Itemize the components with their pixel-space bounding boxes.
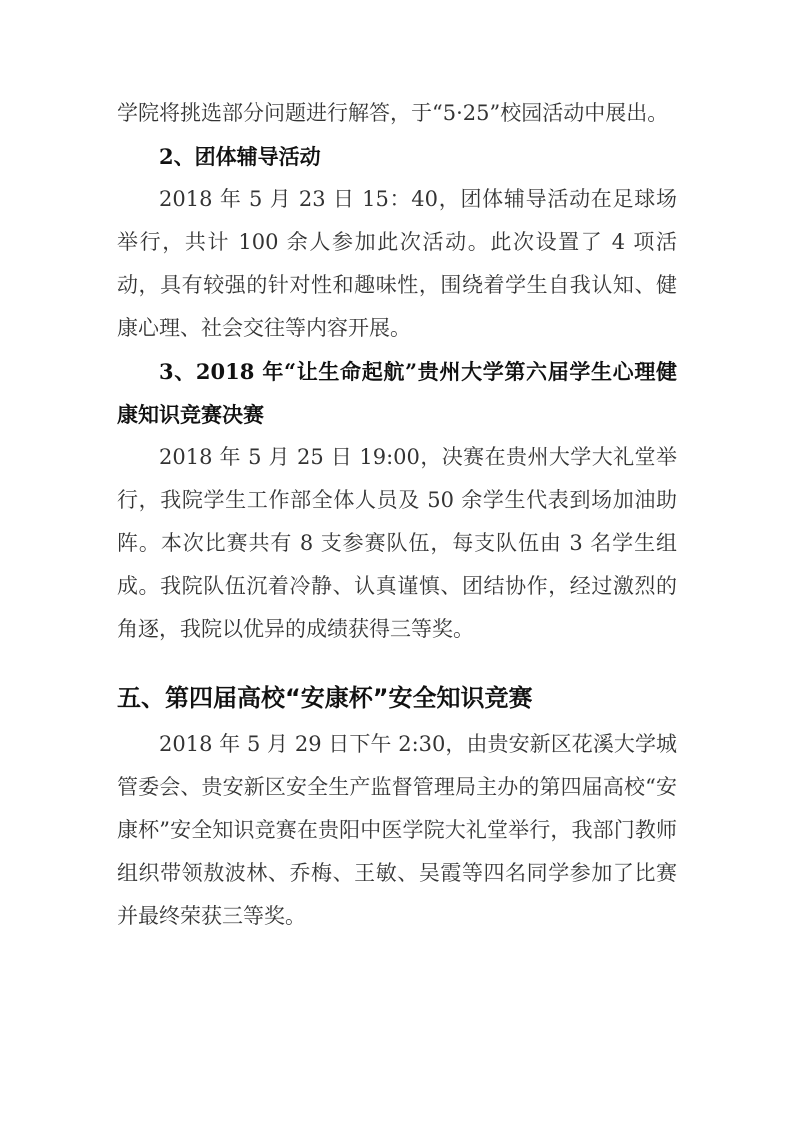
subsection-heading-knowledge-contest-finals: 3、2018 年“让生命起航”贵州大学第六届学生心理健康知识竞赛决赛 [117,350,677,436]
body-paragraph-ankang-cup-contest: 2018 年 5 月 29 日下午 2:30，由贵安新区花溪大学城管委会、贵安新… [117,723,677,938]
body-paragraph-group-counseling: 2018 年 5 月 23 日 15：40，团体辅导活动在足球场举行，共计 10… [117,178,677,350]
body-paragraph-continued: 学院将挑选部分问题进行解答，于“5·25”校园活动中展出。 [117,92,677,135]
body-paragraph-knowledge-contest-finals: 2018 年 5 月 25 日 19:00，决赛在贵州大学大礼堂举行，我院学生工… [117,436,677,651]
subsection-heading-group-counseling: 2、团体辅导活动 [117,135,677,178]
document-page: 学院将挑选部分问题进行解答，于“5·25”校园活动中展出。 2、团体辅导活动 2… [0,0,793,1122]
section-heading-ankang-cup-contest: 五、第四届高校“安康杯”安全知识竞赛 [117,673,677,723]
